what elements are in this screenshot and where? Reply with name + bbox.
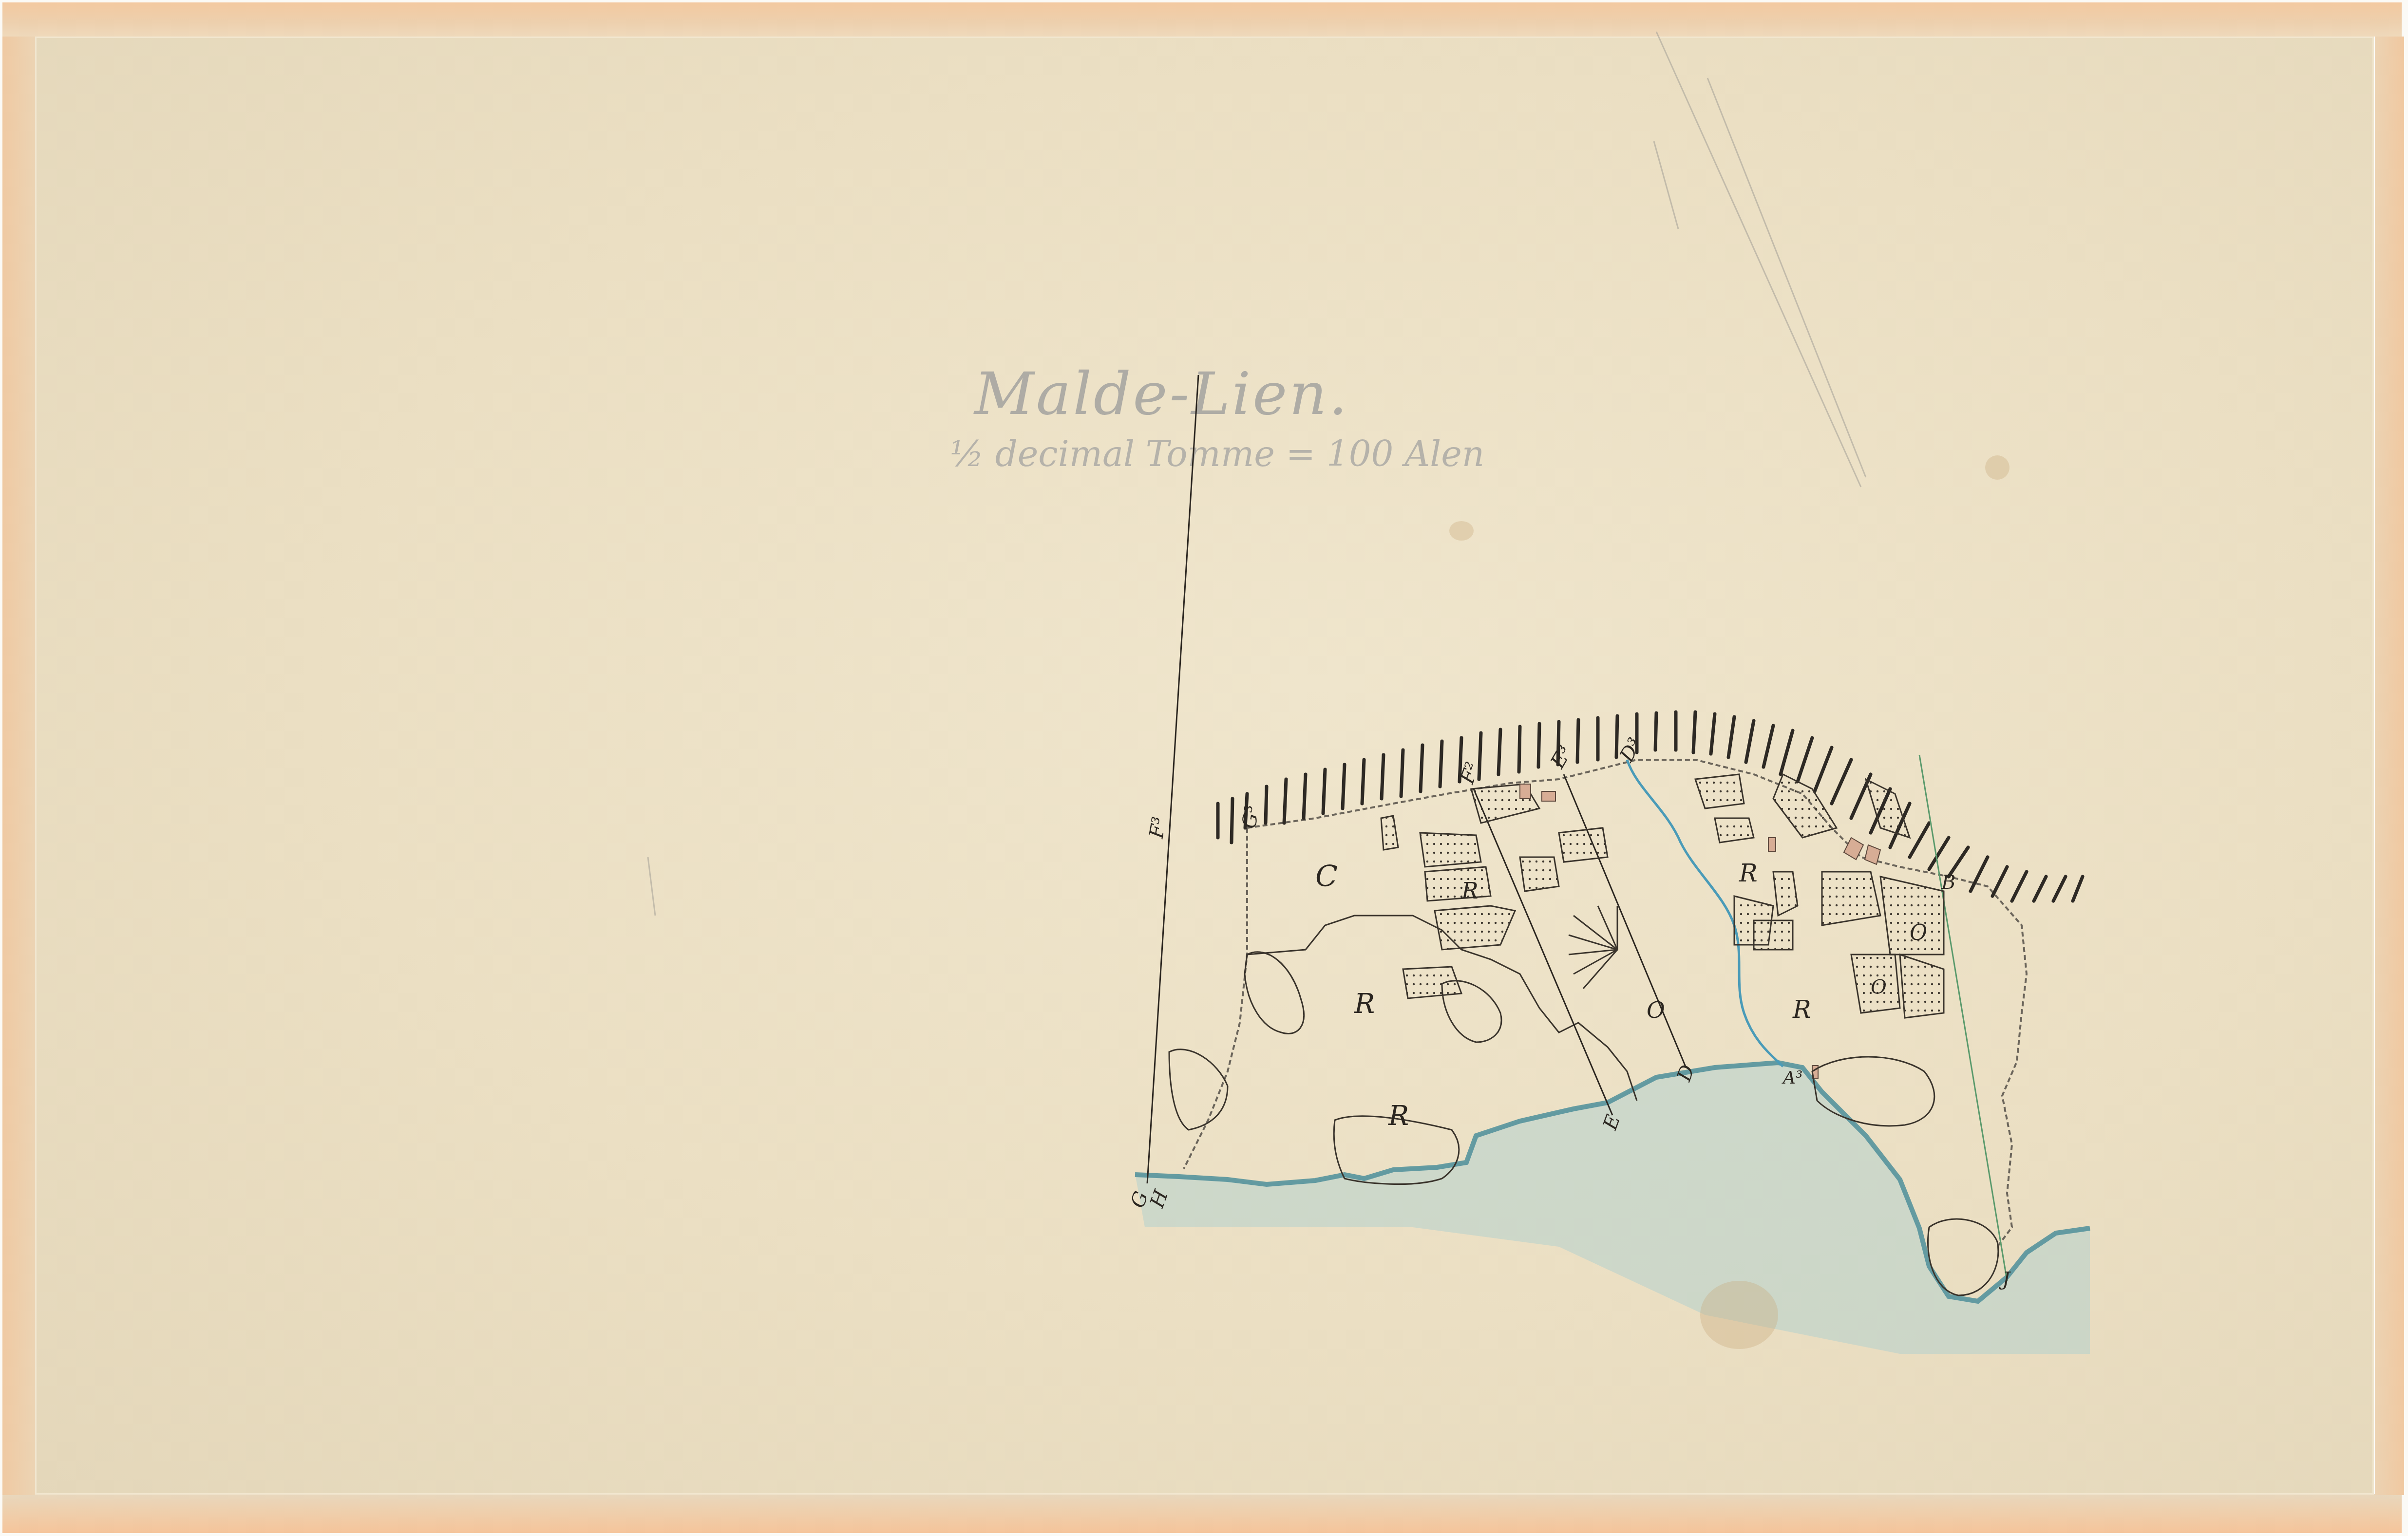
survey-point-f3: F³	[1145, 815, 1171, 841]
area-label-r-east: R	[1739, 859, 1758, 887]
survey-lines	[1147, 375, 1686, 1183]
map-sheet: Malde-Lien. ½ decimal Tomme = 100 Alen	[0, 0, 2408, 1536]
map-drawing: C R R R R R O O O F³ G³ F² E³ D³ B G H E…	[0, 0, 2408, 1536]
sea-water	[1135, 1062, 2090, 1354]
area-label-r-shore: R	[1388, 1100, 1409, 1132]
radiating-slope-marks	[1569, 906, 1617, 989]
survey-point-e3: E³	[1546, 742, 1577, 772]
survey-point-d3: D³	[1615, 734, 1647, 767]
survey-point-g3: G³	[1238, 804, 1264, 830]
survey-line-green	[1919, 755, 2007, 1281]
area-label-c-west: C	[1315, 860, 1338, 894]
area-label-o-east: O	[1910, 920, 1927, 945]
survey-point-a3: A³	[1782, 1068, 1802, 1088]
area-label-r-2: R	[1354, 988, 1375, 1020]
area-label-o-east-2: O	[1871, 976, 1887, 998]
area-label-r-1: R	[1461, 878, 1479, 904]
area-label-o-mid: O	[1647, 997, 1665, 1023]
area-label-r-east-2: R	[1792, 995, 1811, 1024]
pencil-construction-lines	[648, 32, 1866, 916]
survey-point-b: B	[1941, 871, 1955, 894]
